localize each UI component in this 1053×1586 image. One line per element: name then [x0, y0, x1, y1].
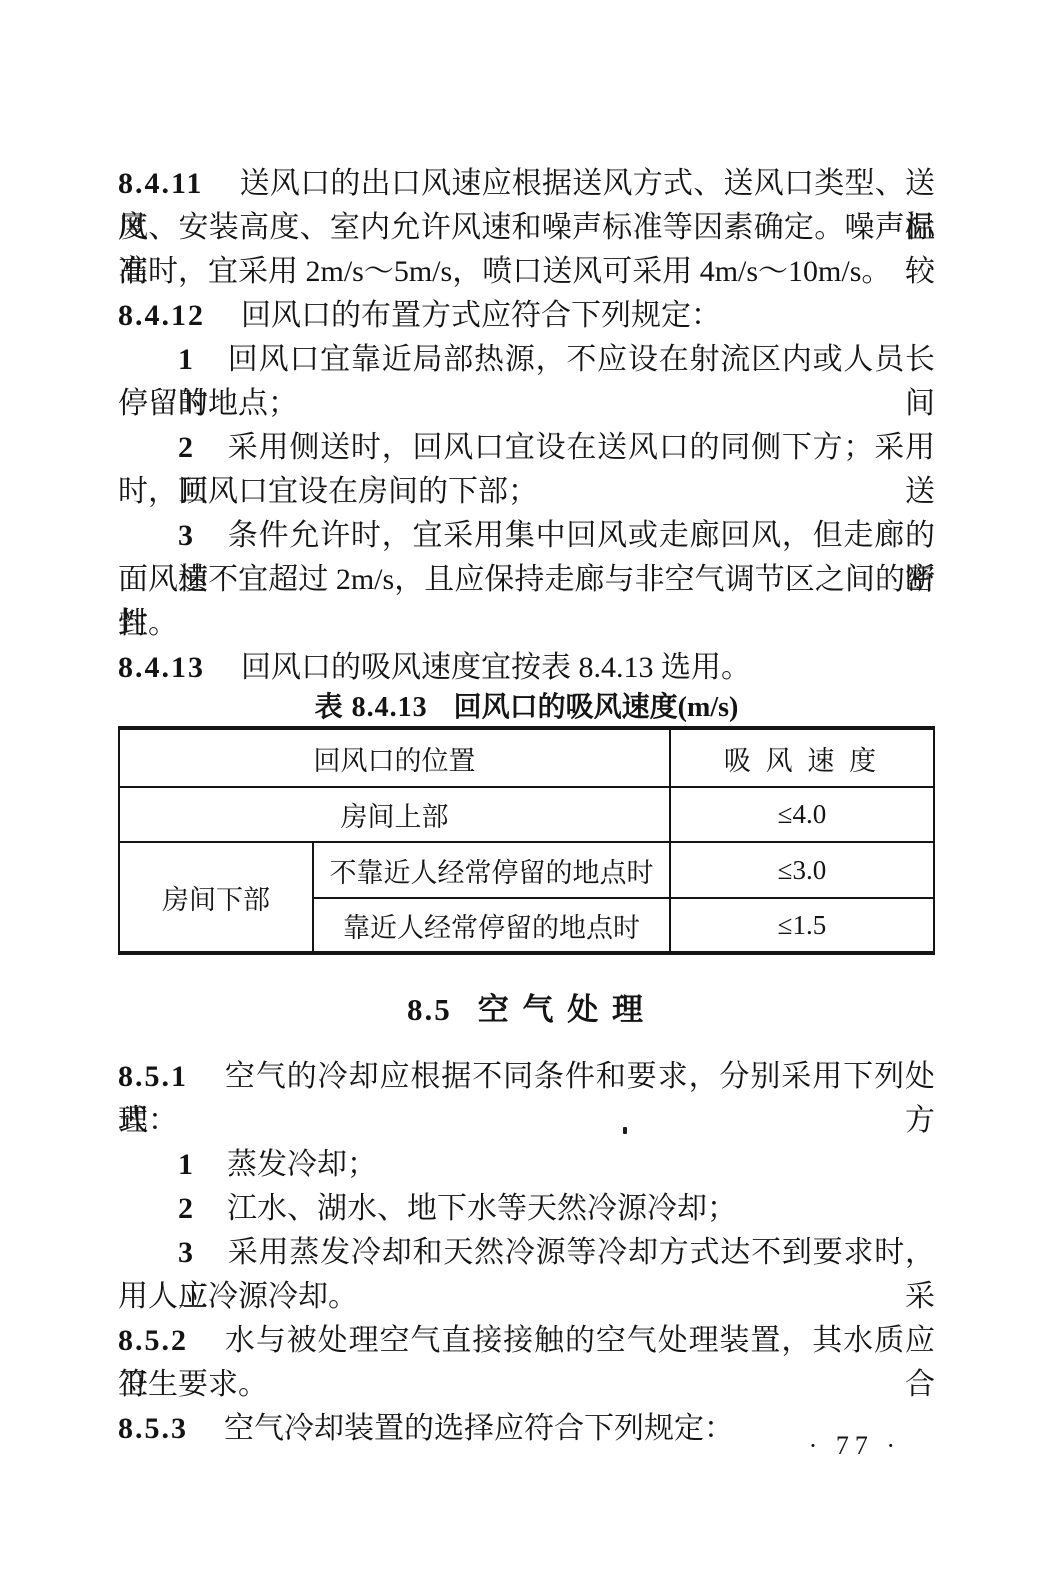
location-group-cell: 房间下部	[119, 842, 313, 953]
condition-cell: 靠近人经常停留的地点时	[313, 898, 670, 953]
scan-ink-speck	[623, 1127, 627, 1134]
table-row: 房间上部 ≤4.0	[119, 787, 934, 842]
text-line: 8.4.11送风口的出口风速应根据送风方式、送风口类型、送风温	[118, 162, 935, 206]
header-location-cell: 回风口的位置	[119, 728, 670, 787]
line-text: 江水、湖水、地下水等天然冷源冷却；	[227, 1192, 737, 1225]
header-speed-cell: 吸 风 速 度	[670, 728, 934, 787]
line-text: 停留的地点；	[118, 387, 298, 420]
page-content: 8.4.11送风口的出口风速应根据送风方式、送风口类型、送风温 度、安装高度、室…	[118, 0, 935, 1451]
line-text: 回风口的吸风速度宜按表 8.4.13 选用。	[241, 651, 751, 684]
clause-number: 8.4.11	[118, 167, 203, 200]
line-text: 空气的冷却应根据不同条件和要求，分别采用下列处理方	[118, 1060, 935, 1137]
text-line: 8.5.2水与被处理空气直接接触的空气处理装置，其水质应符合	[118, 1319, 935, 1363]
page-number: · 77 ·	[809, 1431, 901, 1461]
text-line: 2江水、湖水、地下水等天然冷源冷却；	[118, 1187, 935, 1231]
clause-number: 8.4.12	[118, 299, 205, 332]
clause-number: 8.5.3	[118, 1412, 188, 1445]
line-text: 回风口的布置方式应符合下列规定：	[241, 299, 721, 332]
text-line: 1蒸发冷却；	[118, 1143, 935, 1187]
item-number: 2	[178, 1192, 193, 1225]
clause-block-8-4: 8.4.11送风口的出口风速应根据送风方式、送风口类型、送风温 度、安装高度、室…	[118, 162, 935, 690]
clause-number: 8.5.1	[118, 1060, 188, 1093]
table-row: 房间下部 不靠近人经常停留的地点时 ≤3.0	[119, 842, 934, 898]
speed-cell: ≤1.5	[670, 898, 934, 953]
text-line: 8.4.13回风口的吸风速度宜按表 8.4.13 选用。	[118, 646, 935, 690]
item-number: 1	[178, 343, 193, 376]
item-number: 1	[178, 1148, 193, 1181]
text-line: 1回风口宜靠近局部热源，不应设在射流区内或人员长时间	[118, 338, 935, 382]
line-text: 空气冷却装置的选择应符合下列规定：	[224, 1412, 734, 1445]
clause-number: 8.4.13	[118, 651, 205, 684]
item-number: 2	[178, 431, 193, 464]
section-heading: 8.5空 气 处 理	[118, 993, 935, 1027]
line-text: 式：	[118, 1104, 178, 1137]
line-text: 用人工冷源冷却。	[118, 1280, 358, 1313]
line-text: 时，回风口宜设在房间的下部；	[118, 475, 538, 508]
clause-number: 8.5.2	[118, 1324, 188, 1357]
text-line: 2采用侧送时，回风口宜设在送风口的同侧下方；采用顶送	[118, 426, 935, 470]
text-line: 3采用蒸发冷却和天然冷源等冷却方式达不到要求时，应采	[118, 1231, 935, 1275]
condition-cell: 不靠近人经常停留的地点时	[313, 842, 670, 898]
item-number: 3	[178, 519, 193, 552]
section-number: 8.5	[407, 992, 452, 1027]
table-header-row: 回风口的位置 吸 风 速 度	[119, 728, 934, 787]
speed-cell: ≤4.0	[670, 787, 934, 842]
document-page: 8.4.11送风口的出口风速应根据送风方式、送风口类型、送风温 度、安装高度、室…	[0, 0, 1053, 1586]
speed-cell: ≤3.0	[670, 842, 934, 898]
text-line: 8.4.12回风口的布置方式应符合下列规定：	[118, 294, 935, 338]
text-line: 度、安装高度、室内允许风速和噪声标准等因素确定。噪声标准较	[118, 206, 935, 250]
suction-speed-table: 回风口的位置 吸 风 速 度 房间上部 ≤4.0 房间下部 不靠近人经常停留的地…	[118, 726, 935, 955]
text-line: 3条件允许时，宜采用集中回风或走廊回风，但走廊的横断	[118, 514, 935, 558]
text-line: 高时，宜采用 2m/s～5m/s，喷口送风可采用 4m/s～10m/s。	[118, 250, 935, 294]
text-line: 面风速不宜超过 2m/s，且应保持走廊与非空气调节区之间的密封	[118, 558, 935, 602]
table-caption: 表 8.4.13回风口的吸风速度(m/s)	[118, 690, 935, 726]
line-text: 高时，宜采用 2m/s～5m/s，喷口送风可采用 4m/s～10m/s。	[118, 255, 891, 288]
table-caption-title: 回风口的吸风速度(m/s)	[454, 692, 739, 723]
text-line: 8.5.1空气的冷却应根据不同条件和要求，分别采用下列处理方	[118, 1055, 935, 1099]
text-line: 性。	[118, 602, 935, 646]
line-text: 性。	[118, 607, 178, 640]
line-text: 卫生要求。	[118, 1368, 268, 1401]
clause-block-8-5: 8.5.1空气的冷却应根据不同条件和要求，分别采用下列处理方 式： 1蒸发冷却；…	[118, 1055, 935, 1451]
item-number: 3	[178, 1236, 193, 1269]
location-cell: 房间上部	[119, 787, 670, 842]
table-caption-label: 表 8.4.13	[315, 692, 428, 723]
section-title: 空 气 处 理	[478, 992, 646, 1027]
line-text: 蒸发冷却；	[227, 1148, 377, 1181]
